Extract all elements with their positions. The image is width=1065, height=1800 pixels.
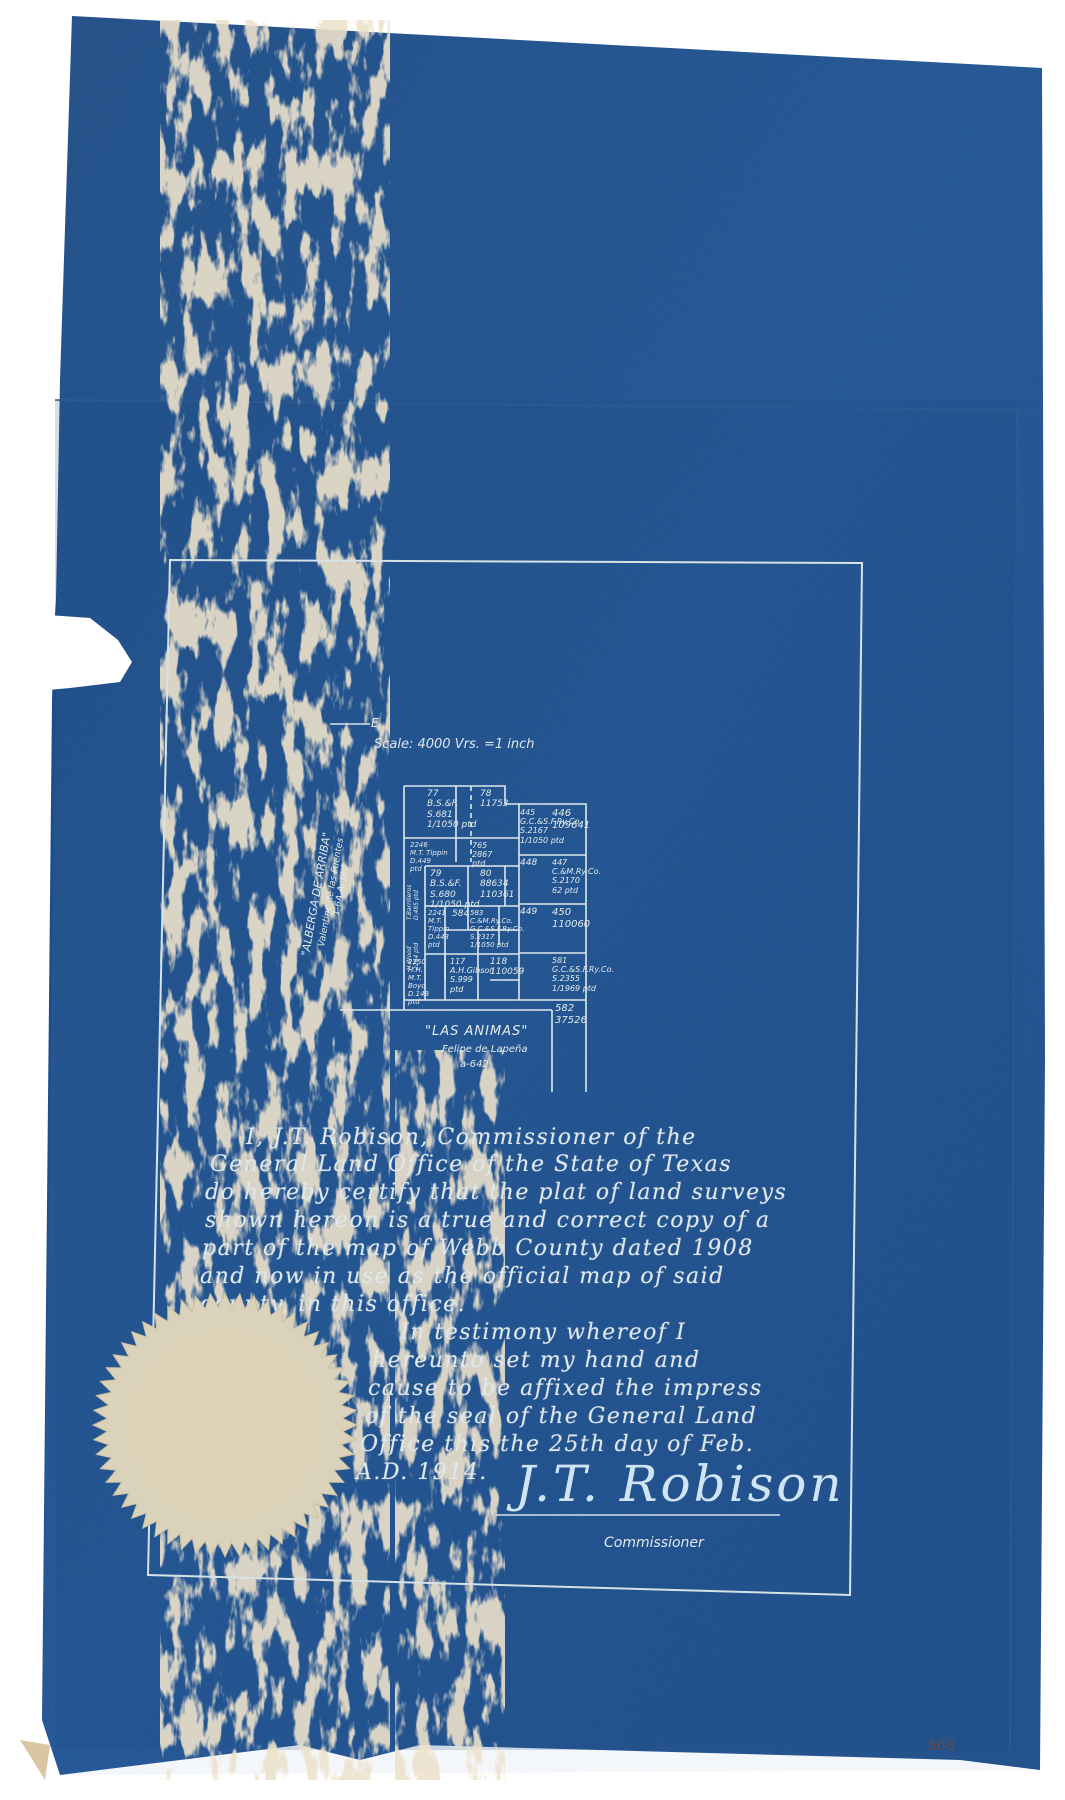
survey-line: 1/1050 ptd [427,820,476,830]
survey-s447: 447C.&M.Ry.Co.S.217062 ptd [552,858,601,895]
las-animas-abstract: a-642 [460,1060,489,1070]
certificate-line: Office this the 25th day of Feb. [360,1432,754,1457]
survey-line: Tippin [428,925,450,933]
survey-line: S.2355 [552,974,614,983]
survey-s77: 77B.S.&F.S.6811/1050 ptd [427,789,476,830]
survey-line: C.&M.Ry.Co. [470,917,524,925]
survey-line: G.C.&S.F.Ry.Co. [552,965,614,974]
survey-line: A.H.Gibson [450,966,494,975]
survey-line: D.485 ptd [414,884,421,920]
survey-s2241: 2241M.T.TippinD.443ptd [428,909,450,949]
survey-line: 117 [450,957,494,966]
survey-line: 79 [430,869,479,879]
survey-line: 581 [552,956,614,965]
archive-number: 668 [928,1738,955,1754]
survey-line: S.999 [450,975,494,984]
blueprint-document: Scale: 4000 Vrs. =1 inch E 77B.S.&F.S.68… [0,0,1065,1800]
survey-line: 583 [470,909,524,917]
certificate-line: part of the map of Webb County dated 190… [202,1236,754,1261]
survey-line: 37526 [555,1015,587,1027]
certificate-line: A.D. 1914. [356,1460,488,1485]
survey-line: 110059 [490,967,524,977]
survey-line: D.443 [428,933,450,941]
survey-line: M.T. [408,974,429,982]
las-animas-label: "LAS ANIMAS" [425,1025,528,1038]
survey-line: 447 [552,858,601,867]
survey-line: ptd [428,941,450,949]
survey-line: 2246 [410,841,448,849]
survey-line: 1/1050 ptd [520,836,582,845]
survey-line: ptd [450,985,494,994]
survey-line: S.2170 [552,876,601,885]
survey-line: ptd [472,859,492,868]
signature-underline [495,1512,785,1518]
survey-s583: 583C.&M.Ry.Co.G.C.&S.F.Ry.Co.S.23171/105… [470,909,524,949]
survey-s584: 584 [452,909,469,919]
survey-s80: 8088634110361 [480,869,514,900]
survey-line: 1/1050 ptd [470,941,524,949]
survey-line: 80 [480,869,514,879]
survey-line: 88634 [480,879,514,889]
survey-s581: 581G.C.&S.F.Ry.Co.S.23551/1969 ptd [552,956,614,993]
survey-line: M.T. [428,917,450,925]
survey-line: S.680 [430,890,479,900]
survey-line: 765 [472,841,492,850]
survey-side1: T.BarrillerosD.485 ptd [407,884,421,920]
survey-s582: 58237526 [555,1003,587,1026]
survey-line: B.S.&F. [427,799,476,809]
certificate-line: cause to be affixed the impress [368,1376,763,1401]
survey-s79: 79B.S.&F.S.6801/1050 ptd [430,869,479,910]
survey-line: S.2317 [470,933,524,941]
survey-line: D.449 [410,857,448,865]
survey-line: 110361 [480,890,514,900]
certificate-line: In testimony whereof I [400,1320,686,1345]
survey-line: Boyd [408,982,429,990]
survey-line: 2867 [472,850,492,859]
survey-line: 2241 [428,909,450,917]
certificate-line: and now in use as the official map of sa… [200,1264,725,1289]
survey-line: 582 [555,1003,587,1015]
survey-line: ptd [408,998,429,1006]
las-animas-grantee: Felipe de Lapeña [442,1045,527,1055]
survey-side2: H.Wood2264 ptd [407,943,421,970]
survey-line: 118 [490,957,524,967]
survey-line: G.C.&S.F.Ry.Co. [470,925,524,933]
survey-line: 2264 ptd [414,943,421,970]
certificate-line: General Land Office of the State of Texa… [210,1152,732,1177]
survey-s448: 448 [520,858,537,868]
scale-note: Scale: 4000 Vrs. =1 inch [374,737,535,752]
survey-s118: 118110059 [490,957,524,978]
survey-line: 446 [552,808,590,820]
survey-s78: 7811753 [480,789,509,810]
certificate-line: do hereby certify that the plat of land … [205,1180,787,1205]
survey-line: 450 [552,907,590,919]
survey-line: 109641 [552,820,590,832]
survey-s117: 117A.H.GibsonS.999ptd [450,957,494,994]
survey-s446: 446109641 [552,808,590,831]
certificate-line: I, J.T. Robison, Commissioner of the [246,1125,697,1150]
signature-title: Commissioner [604,1535,704,1551]
survey-s765: 7652867ptd [472,841,492,869]
survey-line: C.&M.Ry.Co. [552,867,601,876]
certificate-line: shown hereon is a true and correct copy … [205,1208,771,1233]
survey-line: S.681 [427,810,476,820]
survey-line: 448 [520,858,537,868]
north-marker: E [371,717,379,729]
survey-line: B.S.&F. [430,879,479,889]
commissioner-signature: J.T. Robison [515,1455,845,1513]
survey-line: 584 [452,909,469,919]
survey-line: 1/1969 ptd [552,984,614,993]
survey-s450: 450110060 [552,907,590,930]
survey-line: 78 [480,789,509,799]
certificate-line: of the seal of the General Land [365,1404,757,1429]
embossed-seal [90,1290,360,1560]
survey-line: 77 [427,789,476,799]
survey-line: M.T. Tippin [410,849,448,857]
survey-line: 110060 [552,919,590,931]
certificate-line: hereunto set my hand and [372,1348,700,1373]
survey-line: 62 ptd [552,886,601,895]
survey-line: D.148 [408,990,429,998]
survey-line: 11753 [480,799,509,809]
